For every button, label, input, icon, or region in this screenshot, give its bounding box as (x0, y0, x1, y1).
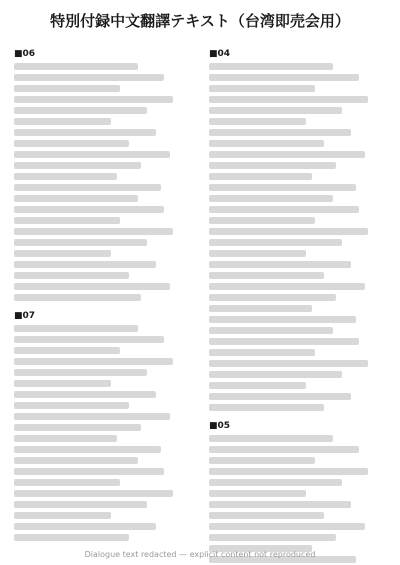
redacted-text-line (209, 85, 315, 92)
redacted-text-line (14, 107, 147, 114)
document-page: 特別付録中文翻譯テキスト（台湾即売会用） ■06■07■04■05 Dialog… (0, 0, 400, 565)
redacted-text-line (209, 206, 359, 213)
redacted-text-line (14, 239, 147, 246)
redacted-text-line (209, 501, 351, 508)
redacted-text-line (209, 349, 315, 356)
redacted-text-line (14, 391, 156, 398)
redacted-text-line (14, 479, 120, 486)
redacted-text-line (14, 283, 170, 290)
redacted-text-line (14, 336, 164, 343)
page-title: 特別付録中文翻譯テキスト（台湾即売会用） (0, 0, 400, 31)
redacted-text-line (209, 316, 356, 323)
redacted-text-line (14, 118, 111, 125)
redacted-text-line (14, 162, 141, 169)
redacted-text-line (14, 523, 156, 530)
redacted-text-line (209, 512, 324, 519)
redacted-text-line (209, 107, 342, 114)
redacted-text-line (209, 74, 359, 81)
redacted-text-line (14, 85, 120, 92)
redacted-text-line (209, 371, 342, 378)
redacted-text-line (209, 63, 333, 70)
redacted-text-line (14, 413, 170, 420)
redacted-text-line (14, 512, 111, 519)
redacted-text-line (209, 479, 342, 486)
redacted-text-line (14, 228, 173, 235)
redacted-text-line (209, 327, 333, 334)
redacted-text-line (209, 96, 368, 103)
section-marker: ■07 (14, 311, 191, 321)
section-marker: ■06 (14, 49, 191, 59)
redacted-text-line (14, 63, 138, 70)
redacted-text-line (209, 523, 365, 530)
redacted-text-line (14, 217, 120, 224)
redacted-text-line (209, 468, 368, 475)
redacted-text-line (14, 261, 156, 268)
redacted-text-line (14, 402, 129, 409)
redacted-text-line (209, 184, 356, 191)
redacted-text-line (14, 380, 111, 387)
redacted-text-line (209, 305, 312, 312)
redacted-text-line (14, 250, 111, 257)
redacted-text-line (209, 283, 365, 290)
redacted-text-line (209, 195, 333, 202)
redacted-text-line (209, 162, 336, 169)
redacted-text-line (209, 404, 324, 411)
redacted-text-line (209, 250, 306, 257)
redacted-text-line (209, 272, 324, 279)
redacted-text-line (209, 294, 336, 301)
redacted-text-line (209, 151, 365, 158)
redacted-text-line (14, 173, 117, 180)
redacted-text-line (14, 74, 164, 81)
redacted-text-line (209, 446, 359, 453)
redacted-text-line (209, 140, 324, 147)
redacted-text-line (14, 501, 147, 508)
redacted-text-line (14, 358, 173, 365)
redacted-text-line (209, 490, 306, 497)
redacted-text-line (209, 228, 368, 235)
redacted-text-line (14, 534, 129, 541)
redacted-text-line (209, 217, 315, 224)
redacted-text-line (14, 446, 161, 453)
section-marker: ■04 (209, 49, 386, 59)
redacted-text-line (14, 468, 164, 475)
redacted-text-line (14, 272, 129, 279)
redacted-text-line (14, 206, 164, 213)
redacted-text-line (14, 490, 173, 497)
redacted-text-line (209, 435, 333, 442)
redacted-text-line (14, 195, 138, 202)
text-column: ■06■07 (14, 39, 191, 565)
redacted-text-line (209, 457, 315, 464)
redacted-text-line (14, 424, 141, 431)
redacted-text-line (14, 151, 170, 158)
redacted-text-line (14, 140, 129, 147)
text-column: ■04■05 (209, 39, 386, 565)
redacted-text-line (14, 184, 161, 191)
redacted-text-line (209, 360, 368, 367)
redacted-text-line (14, 435, 117, 442)
redacted-text-line (14, 325, 138, 332)
redacted-text-line (209, 393, 351, 400)
redacted-text-line (14, 96, 173, 103)
redacted-text-line (14, 294, 141, 301)
redacted-text-line (209, 129, 351, 136)
redacted-text-line (14, 347, 120, 354)
redacted-text-line (209, 118, 306, 125)
redacted-text-line (209, 338, 359, 345)
redacted-text-line (209, 261, 351, 268)
redacted-text-line (209, 173, 312, 180)
redacted-text-line (14, 369, 147, 376)
redacted-text-line (209, 382, 306, 389)
redacted-text-line (14, 129, 156, 136)
redacted-text-line (209, 239, 342, 246)
redaction-notice: Dialogue text redacted — explicit conten… (0, 550, 400, 559)
redacted-text-line (14, 457, 138, 464)
section-marker: ■05 (209, 421, 386, 431)
redacted-text-line (209, 534, 336, 541)
two-column-body: ■06■07■04■05 (0, 31, 400, 565)
